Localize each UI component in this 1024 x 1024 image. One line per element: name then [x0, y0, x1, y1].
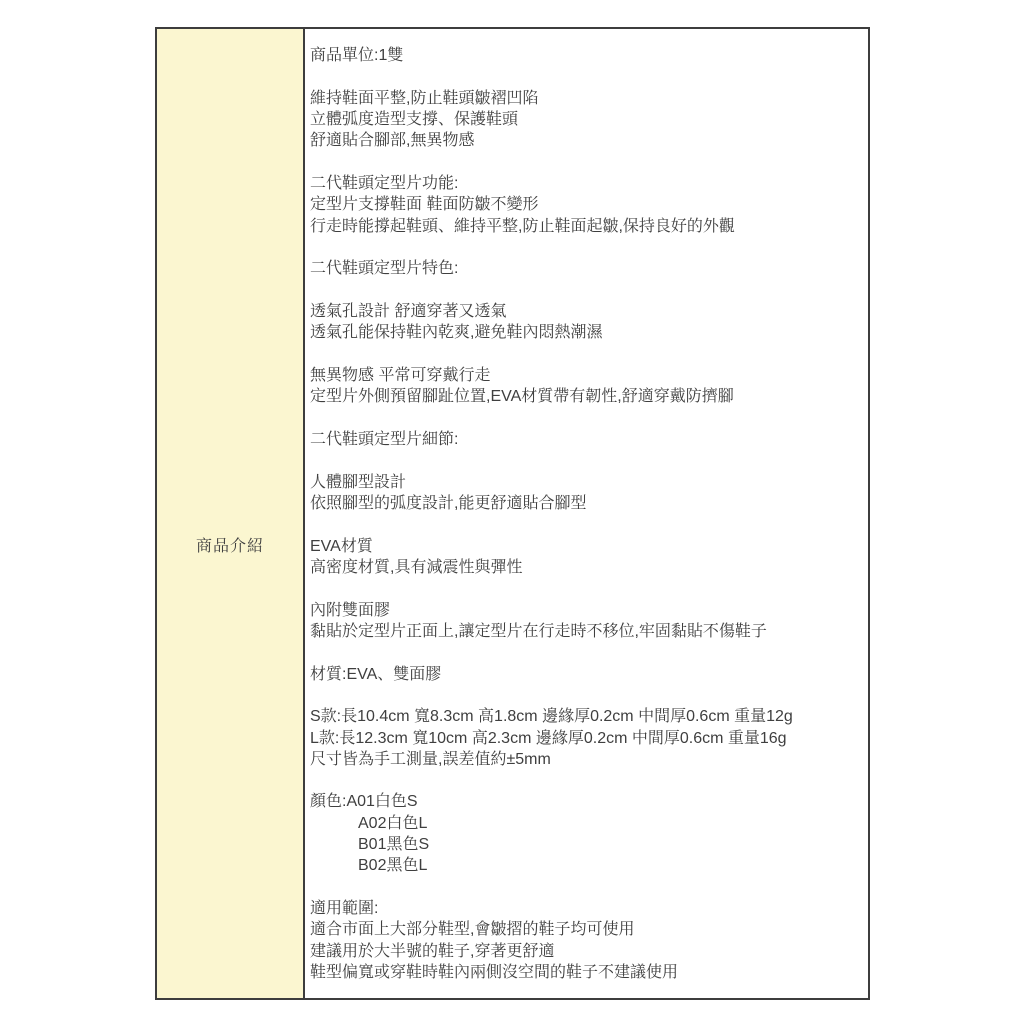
description-line: B01黑色S — [310, 834, 862, 855]
description-line — [310, 770, 862, 791]
description-line: 內附雙面膠 — [310, 600, 862, 621]
description-line: 人體腳型設計 — [310, 472, 862, 493]
description-line — [310, 152, 862, 173]
description-line — [310, 344, 862, 365]
description-line: 鞋型偏寬或穿鞋時鞋內兩側沒空間的鞋子不建議使用 — [310, 962, 862, 983]
description-line: B02黑色L — [310, 855, 862, 876]
product-description-page: 商品介紹 商品單位:1雙 維持鞋面平整,防止鞋頭皺褶凹陷立體弧度造型支撐、保護鞋… — [0, 0, 1024, 1024]
description-line: 適合市面上大部分鞋型,會皺摺的鞋子均可使用 — [310, 919, 862, 940]
description-line: 維持鞋面平整,防止鞋頭皺褶凹陷 — [310, 88, 862, 109]
description-line — [310, 877, 862, 898]
description-line — [310, 237, 862, 258]
description-line: 二代鞋頭定型片功能: — [310, 173, 862, 194]
description-line: 材質:EVA、雙面膠 — [310, 664, 862, 685]
description-line: 黏貼於定型片正面上,讓定型片在行走時不移位,牢固黏貼不傷鞋子 — [310, 621, 862, 642]
section-label: 商品介紹 — [196, 533, 264, 556]
description-line — [310, 514, 862, 535]
description-line — [310, 408, 862, 429]
description-line: 立體弧度造型支撐、保護鞋頭 — [310, 109, 862, 130]
description-line — [310, 280, 862, 301]
description-line: 透氣孔能保持鞋內乾爽,避免鞋內悶熱潮濕 — [310, 322, 862, 343]
product-info-table: 商品介紹 商品單位:1雙 維持鞋面平整,防止鞋頭皺褶凹陷立體弧度造型支撐、保護鞋… — [155, 27, 870, 1000]
description-line: L款:長12.3cm 寬10cm 高2.3cm 邊緣厚0.2cm 中間厚0.6c… — [310, 728, 862, 749]
description-content-cell: 商品單位:1雙 維持鞋面平整,防止鞋頭皺褶凹陷立體弧度造型支撐、保護鞋頭舒適貼合… — [305, 29, 868, 998]
section-label-cell: 商品介紹 — [157, 29, 305, 998]
description-line: 無異物感 平常可穿戴行走 — [310, 365, 862, 386]
description-line: 建議用於大半號的鞋子,穿著更舒適 — [310, 941, 862, 962]
description-line: 依照腳型的弧度設計,能更舒適貼合腳型 — [310, 493, 862, 514]
description-line — [310, 578, 862, 599]
description-line — [310, 685, 862, 706]
description-line: EVA材質 — [310, 536, 862, 557]
description-line: 定型片外側預留腳趾位置,EVA材質帶有韌性,舒適穿戴防擠腳 — [310, 386, 862, 407]
description-line: 定型片支撐鞋面 鞋面防皺不變形 — [310, 194, 862, 215]
description-line: 顏色:A01白色S — [310, 791, 862, 812]
description-line: 透氣孔設計 舒適穿著又透氣 — [310, 301, 862, 322]
description-line: 商品單位:1雙 — [310, 45, 862, 66]
description-line — [310, 66, 862, 87]
description-line: 尺寸皆為手工測量,誤差值約±5mm — [310, 749, 862, 770]
description-line: A02白色L — [310, 813, 862, 834]
description-line: 高密度材質,具有減震性與彈性 — [310, 557, 862, 578]
description-line: 適用範圍: — [310, 898, 862, 919]
description-line — [310, 450, 862, 471]
description-line — [310, 642, 862, 663]
description-line: 二代鞋頭定型片特色: — [310, 258, 862, 279]
description-line: 行走時能撐起鞋頭、維持平整,防止鞋面起皺,保持良好的外觀 — [310, 216, 862, 237]
description-line: S款:長10.4cm 寬8.3cm 高1.8cm 邊緣厚0.2cm 中間厚0.6… — [310, 706, 862, 727]
description-line: 舒適貼合腳部,無異物感 — [310, 130, 862, 151]
description-line: 二代鞋頭定型片細節: — [310, 429, 862, 450]
